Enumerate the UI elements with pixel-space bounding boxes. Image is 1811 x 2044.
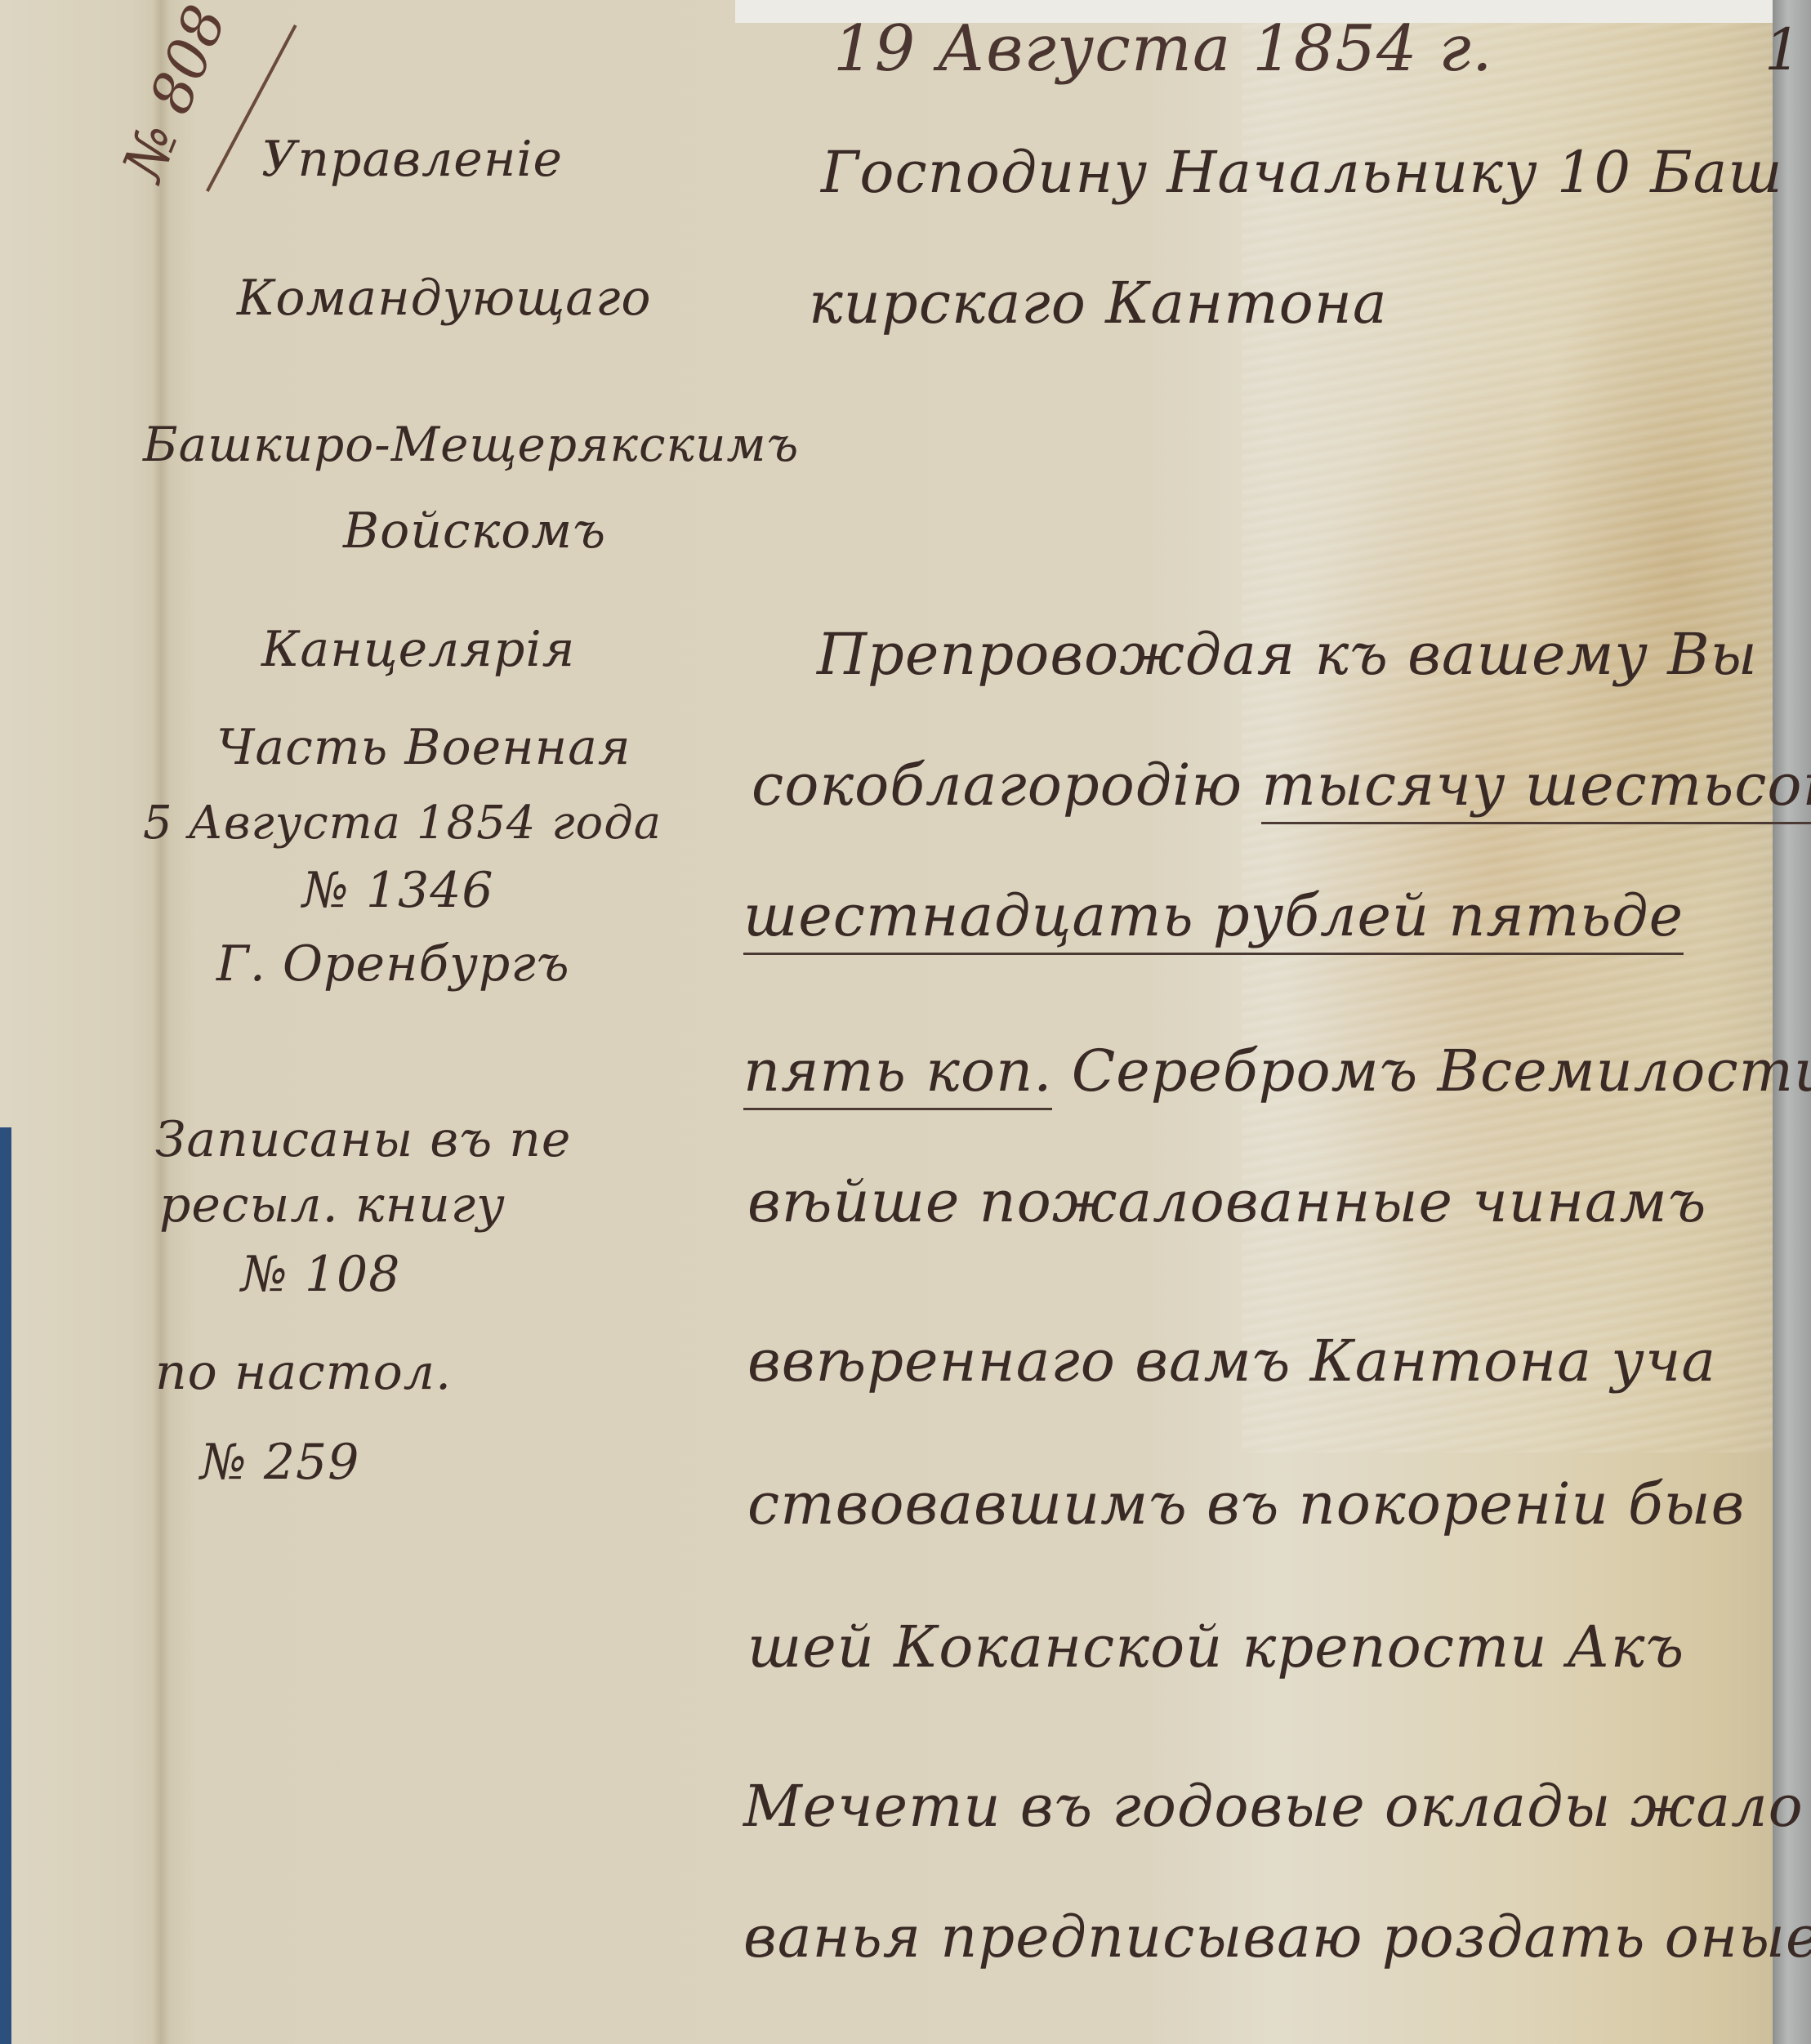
blue-binding-edge [0, 1127, 11, 2044]
body-line-text: Серебромъ Всемилостив [1052, 1038, 1811, 1105]
underlined-amount: шестнадцать рублей пятьде [743, 882, 1684, 955]
sender-line: Часть Военная [216, 719, 631, 776]
addressee-line: Господину Начальнику 10 Баш [821, 139, 1783, 206]
body-line: пять коп. Серебромъ Всемилостив [743, 1038, 1811, 1105]
registry-note: Записаны въ пе [155, 1111, 571, 1168]
sender-line: Войскомъ [343, 502, 606, 560]
underlined-amount: пять коп. [743, 1038, 1052, 1110]
underlined-amount: тысячу шестьсотъ [1261, 752, 1811, 824]
registry-note: № 108 [241, 1246, 400, 1303]
body-line: сокоблагородію тысячу шестьсотъ [752, 752, 1811, 819]
sender-line: Командующаго [237, 270, 652, 327]
binding-fold [152, 0, 170, 2044]
sender-line: Г. Оренбургъ [216, 935, 570, 993]
registry-note: № 259 [200, 1434, 359, 1491]
body-line: вѣйше пожалованные чинамъ [747, 1168, 1706, 1235]
body-line: ввѣреннаго вамъ Кантона уча [747, 1328, 1716, 1395]
body-line: шестнадцать рублей пятьде [743, 882, 1684, 949]
sender-line: Управленіе [261, 131, 563, 188]
body-line: шей Коканской крепости Акъ [747, 1613, 1684, 1680]
adjacent-page-edge [1773, 0, 1811, 2044]
letter-date: 19 Августа 1854 г. [833, 12, 1493, 86]
addressee-line: кирскаго Кантона [809, 270, 1388, 337]
sender-line: Канцелярія [261, 621, 575, 678]
registry-note: ресыл. книгу [159, 1176, 506, 1234]
laminated-repair-area [1242, 23, 1773, 1453]
sender-line: № 1346 [302, 862, 494, 919]
sender-line: 5 Августа 1854 года [143, 797, 662, 850]
body-line: Мечети въ годовые оклады жало [743, 1773, 1804, 1840]
body-line: Препровождая къ вашему Вы [817, 621, 1758, 688]
registry-note: по настол. [155, 1344, 452, 1401]
body-line: ствовавшимъ въ покореніи быв [747, 1471, 1745, 1537]
page-number: 1 [1764, 16, 1802, 83]
body-line: ванья предписываю роздать оные [743, 1903, 1811, 1970]
sender-line: Башкиро-Мещерякскимъ [143, 417, 799, 472]
body-line-text: сокоблагородію [752, 752, 1261, 819]
